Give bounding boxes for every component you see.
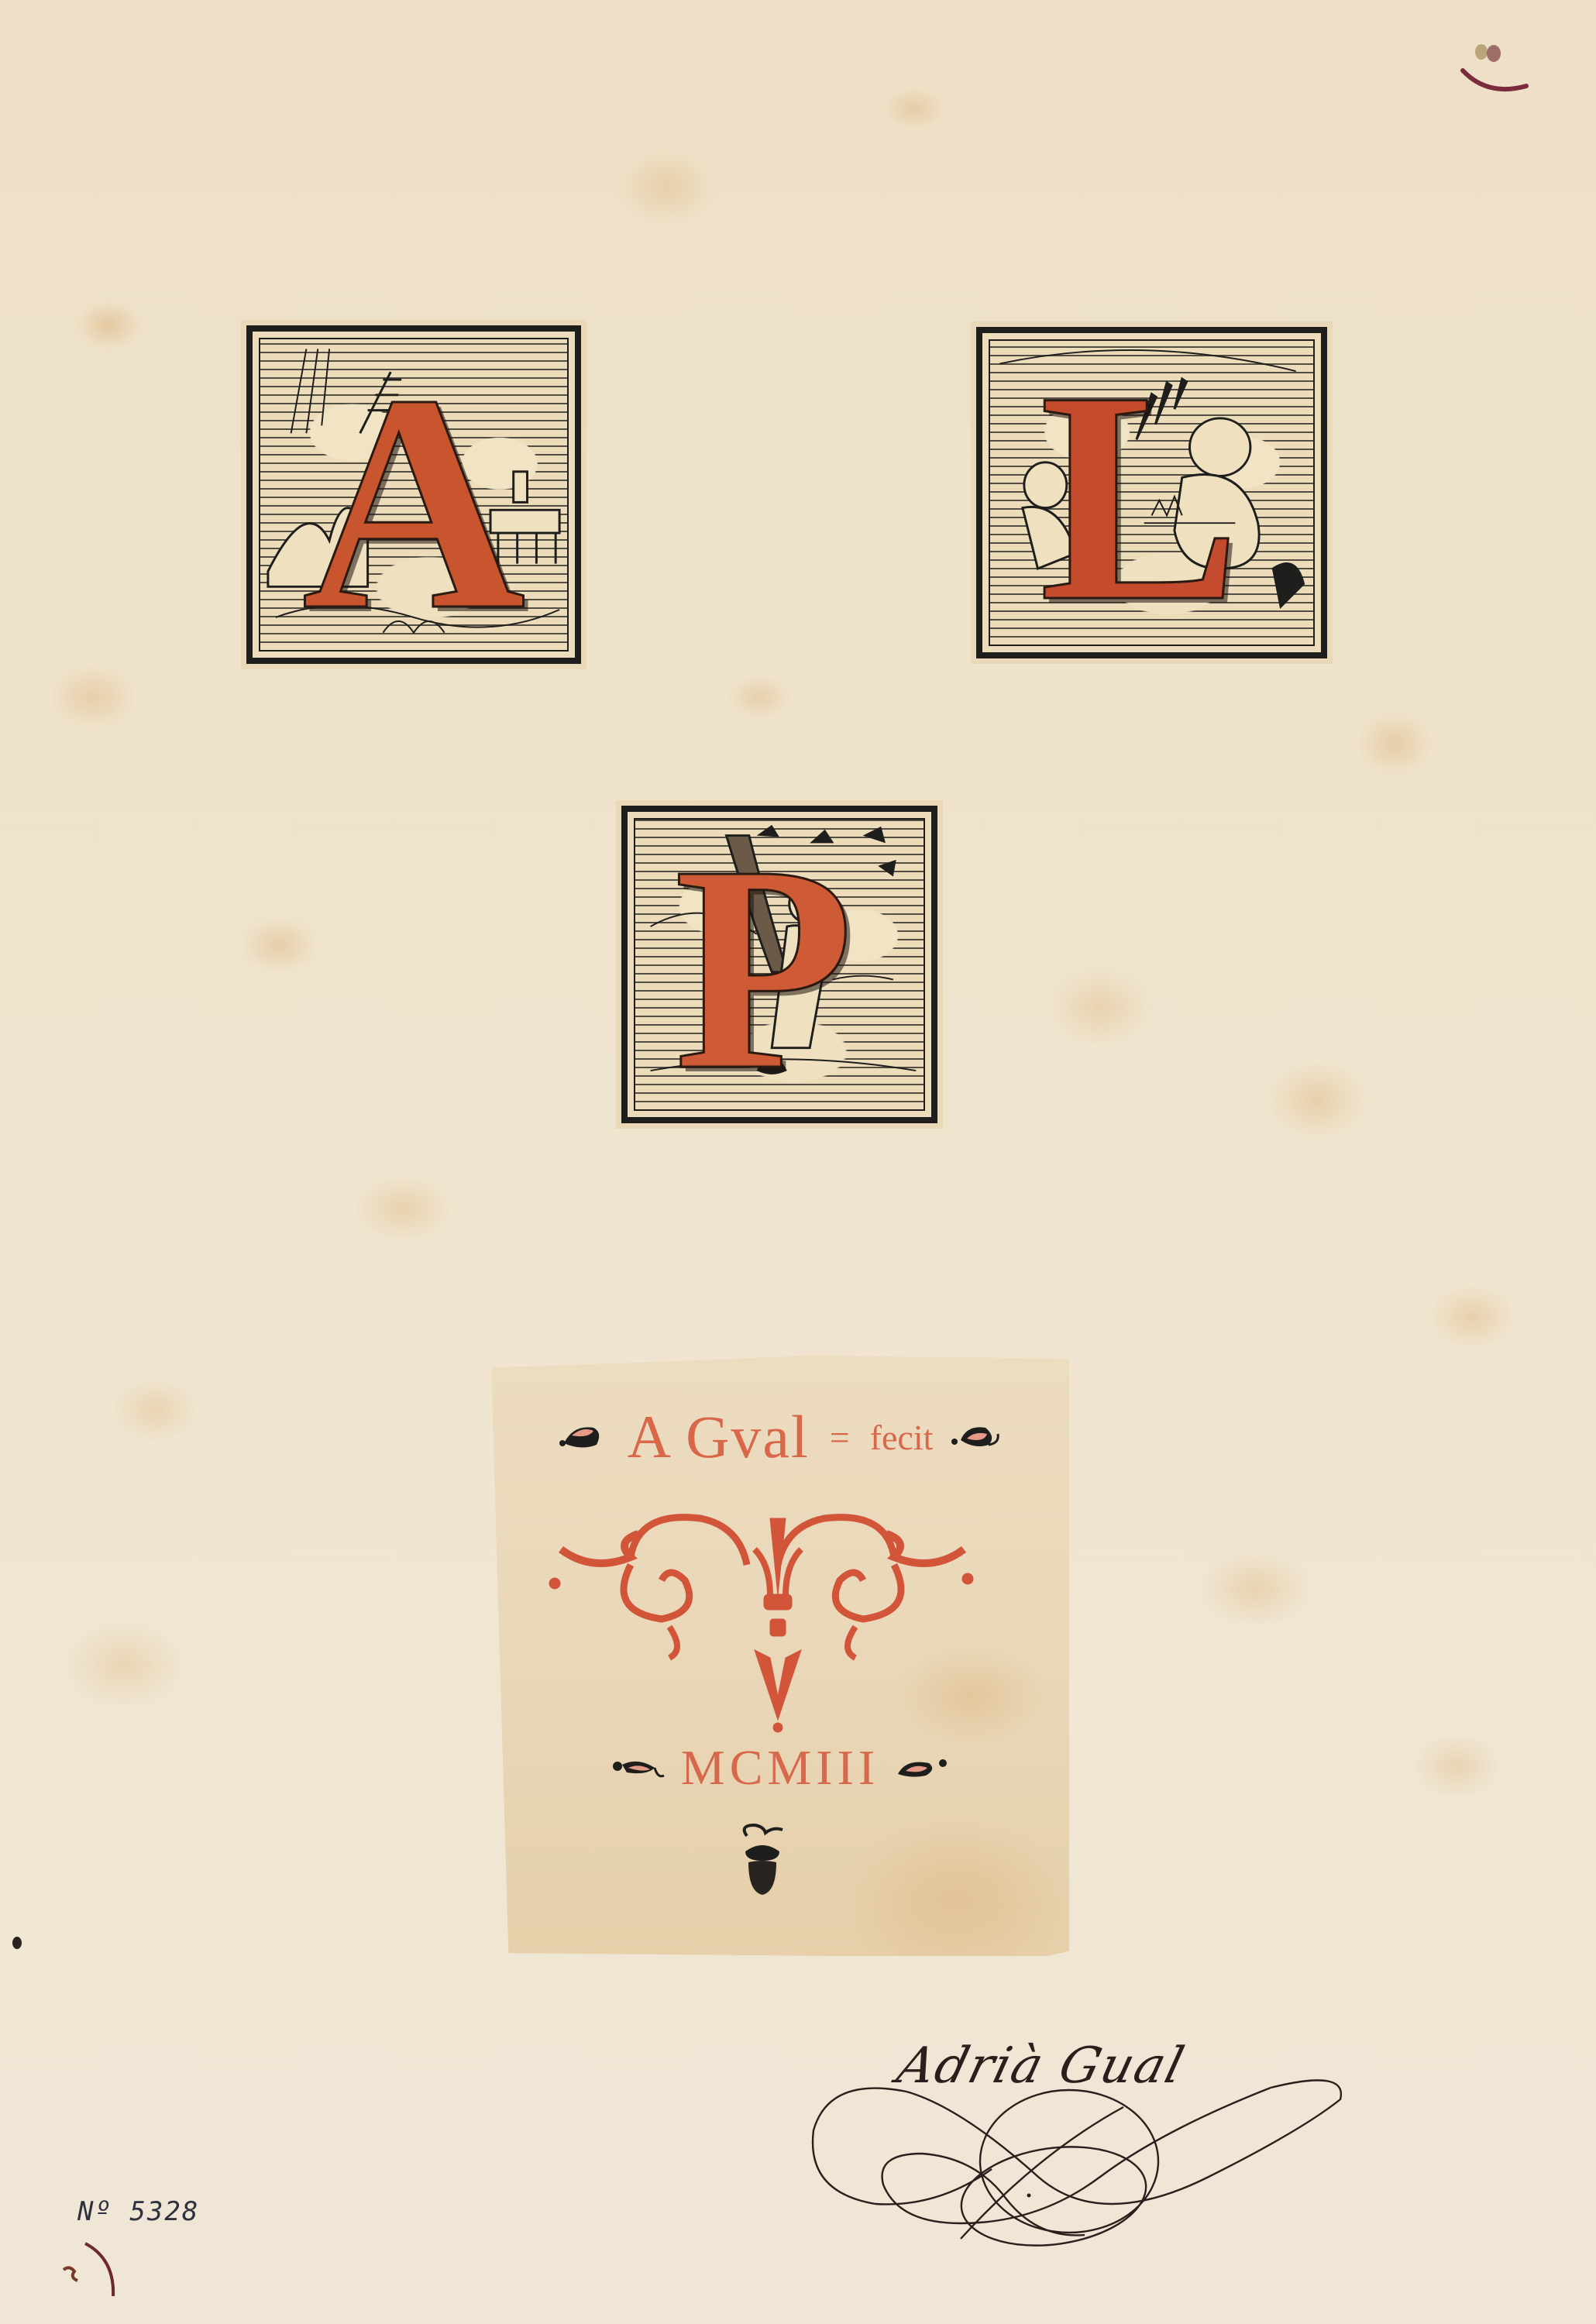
acorn-ornament-icon: [731, 1820, 793, 1898]
initial-letter: P: [621, 806, 937, 1123]
woodcut-initial-a: A: [246, 325, 581, 664]
colophon-label: A Gval = fecit: [491, 1356, 1069, 1956]
woodcut-initial-p: P: [621, 806, 937, 1123]
ink-stroke-bottom-left: [54, 2239, 124, 2309]
leaf-ornament-left-icon: [558, 1422, 612, 1452]
initial-letter: A: [246, 325, 581, 664]
leaf-ornament-right-icon: [895, 1752, 949, 1783]
leaf-ornament-right-icon: [948, 1422, 1003, 1452]
maker-suffix: fecit: [870, 1417, 934, 1458]
initial-letter: L: [976, 327, 1327, 658]
woodcut-initial-l: L: [976, 327, 1327, 658]
signature-text: Adrià Gual: [892, 2037, 1191, 2095]
maker-line: A Gval = fecit: [491, 1402, 1069, 1472]
year-roman-numeral: MCMIII: [681, 1739, 879, 1796]
maker-separator: =: [830, 1417, 850, 1458]
acanthus-scroll-ornament: [545, 1503, 1010, 1735]
year-line: MCMIII: [491, 1739, 1069, 1796]
ink-mark-top-right: [1457, 43, 1557, 105]
artist-signature: Adrià Gual: [806, 2022, 1364, 2254]
paper-sheet: [0, 0, 1596, 2324]
leaf-ornament-left-icon: [611, 1752, 666, 1783]
catalog-number: Nº 5328: [77, 2196, 199, 2227]
ink-dot-left: [9, 1933, 25, 1953]
maker-name: A Gval: [628, 1402, 810, 1472]
